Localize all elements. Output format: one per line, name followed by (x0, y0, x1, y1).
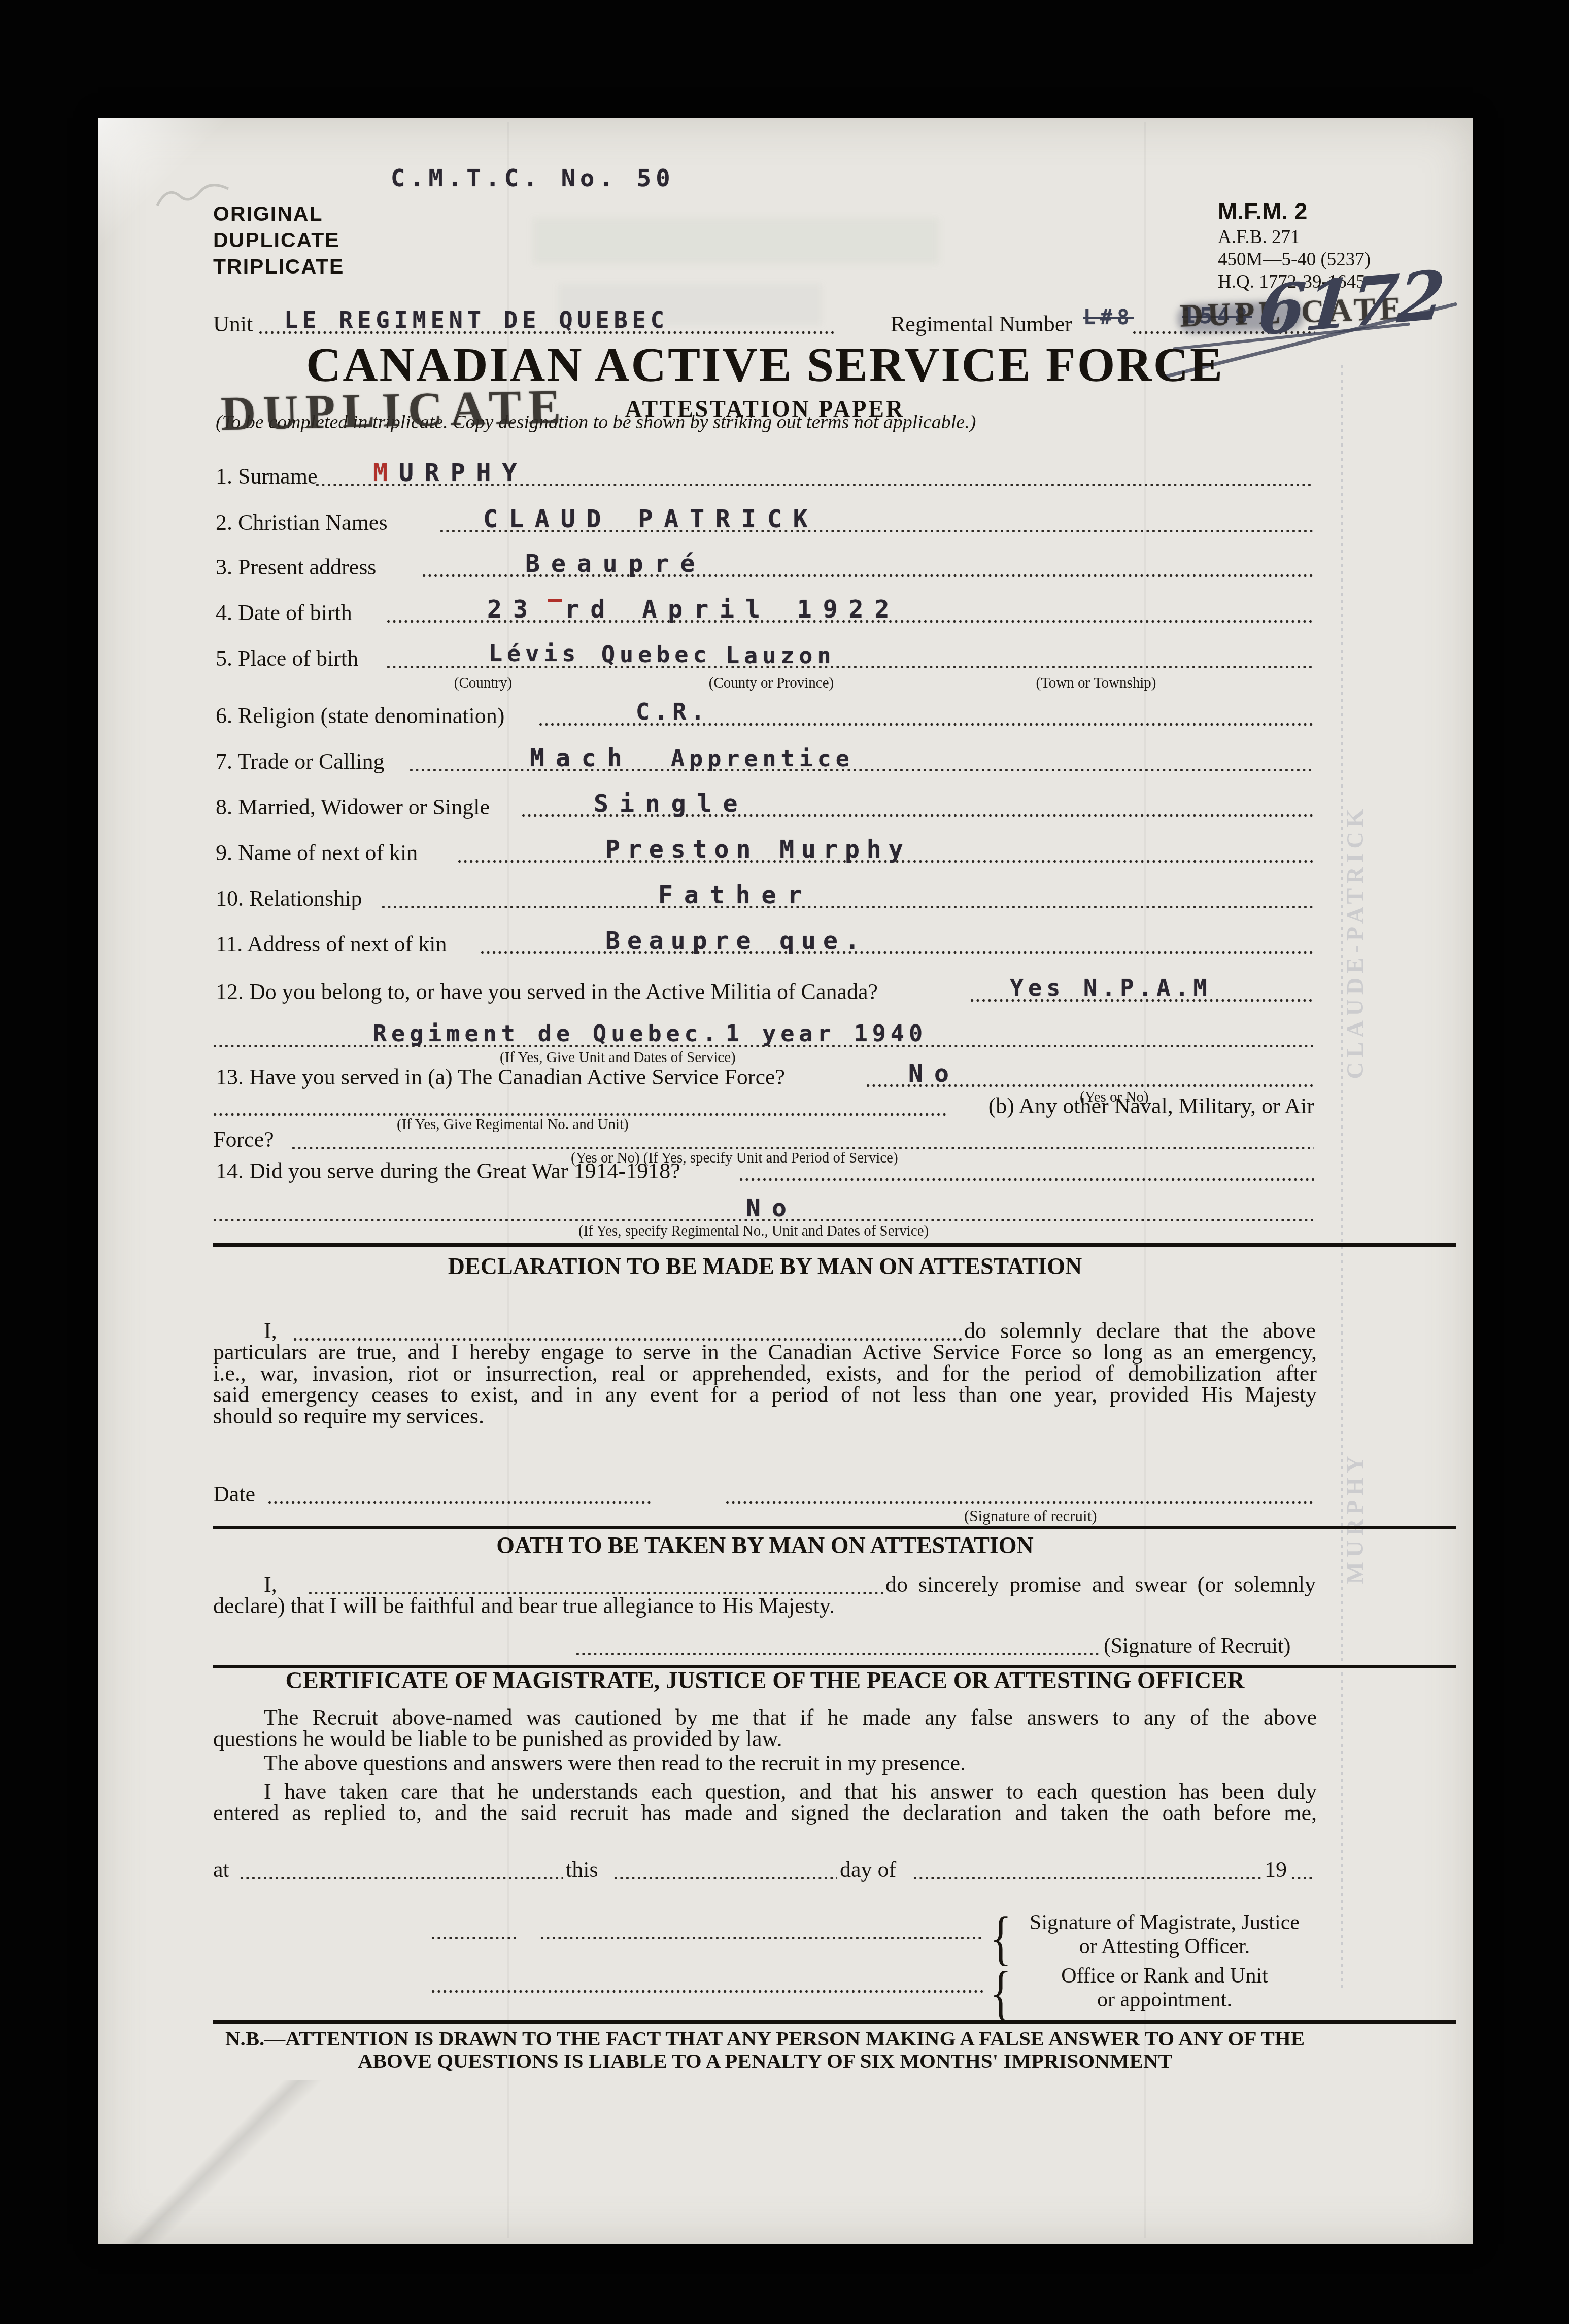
certificate-year-prefix: 19 (1265, 1858, 1287, 1882)
section-rule (213, 1243, 1456, 1247)
q12-label: 12. Do you belong to, or have you served… (216, 980, 878, 1004)
copy-original-label: ORIGINAL (213, 203, 323, 225)
oath-heading: OATH TO BE TAKEN BY MAN ON ATTESTATION (213, 1533, 1317, 1558)
q2-value: CLAUD PATRICK (483, 507, 819, 531)
certificate-this-label: this (566, 1858, 598, 1882)
certificate-p2: The above questions and answers were the… (264, 1752, 966, 1775)
declaration-date-label: Date (213, 1483, 255, 1507)
q5-value-country: Lévis (489, 642, 580, 665)
q1-value-initial: M (373, 459, 399, 487)
unit-label: Unit (213, 313, 253, 336)
declaration-date-dotted-line (268, 1501, 652, 1505)
footer-rule (213, 2020, 1456, 2024)
q6-value: C.R. (636, 700, 709, 723)
q14-caption: (If Yes, specify Regimental No., Unit an… (578, 1224, 929, 1239)
q8-label: 8. Married, Widower or Single (216, 796, 490, 819)
q14-value: No (746, 1196, 798, 1220)
q3-value: Beaupré (525, 552, 706, 576)
q5-label: 5. Place of birth (216, 647, 358, 671)
q2-label: 2. Christian Names (216, 511, 388, 535)
q10-value: Father (658, 883, 813, 907)
form-subtitle: ATTESTATION PAPER (213, 397, 1317, 422)
q7-value-2: Apprentice (671, 747, 854, 770)
oath-lead-tail: do sincerely promise and swear (or solem… (885, 1573, 1316, 1597)
q4-value: 23 rd April 1922 (487, 597, 900, 622)
oath-signature-dotted-line (576, 1652, 1101, 1656)
q12-value-yes: Yes (1010, 976, 1065, 999)
photo-background: CLAUDE-PATRICK MURPHY C.M.T.C. No. 50 OR… (0, 0, 1569, 2324)
q12-value-org: N.P.A.M (1083, 976, 1212, 999)
magistrate-caption-line1: Signature of Magistrate, Justice (1012, 1911, 1317, 1934)
q10-label: 10. Relationship (216, 887, 362, 911)
paper-bottom-crease (98, 2080, 336, 2244)
nb-warning-line1: N.B.—ATTENTION IS DRAWN TO THE FACT THAT… (213, 2028, 1317, 2049)
q5-caption-town: (Town or Township) (995, 676, 1198, 691)
office-rank-dotted-line (431, 1990, 984, 1993)
q11-label: 11. Address of next of kin (216, 933, 447, 956)
magistrate-signature-dotted-line-short (431, 1936, 518, 1940)
regimental-number-label: Regimental Number (891, 313, 1072, 336)
q13-caption-regimental: (If Yes, Give Regimental No. and Unit) (397, 1117, 629, 1132)
q12-caption: (If Yes, Give Unit and Dates of Service) (500, 1050, 736, 1065)
certificate-day-dotted-line (913, 1876, 1261, 1880)
certificate-heading: CERTIFICATE OF MAGISTRATE, JUSTICE OF TH… (213, 1668, 1317, 1694)
q7-value-1: Mach (530, 746, 633, 770)
q13-value: No (908, 1062, 960, 1086)
q13-dotted-line-3 (292, 1146, 1314, 1150)
q14-dotted-line (739, 1178, 1314, 1181)
bleedthrough-name-claude-patrick: CLAUDE-PATRICK (1342, 784, 1368, 1099)
q13-part-b: (b) Any other Naval, Military, or Air (959, 1095, 1314, 1118)
q5-value-town: Lauzon (726, 644, 836, 667)
q5-caption-province: (County or Province) (670, 676, 873, 691)
certificate-p3-line2: entered as replied to, and the said recr… (213, 1801, 1317, 1825)
declaration-signature-caption: (Signature of recruit) (964, 1508, 1097, 1524)
declaration-heading: DECLARATION TO BE MADE BY MAN ON ATTESTA… (213, 1254, 1317, 1279)
q3-label: 3. Present address (216, 556, 377, 579)
q11-value: Beaupre que. (605, 929, 867, 953)
certificate-at-dotted-line (240, 1876, 563, 1880)
q8-value: Single (594, 792, 748, 816)
q9-value: Preston Murphy (605, 837, 910, 862)
oath-body-line2: declare) that I will be faithful and bea… (213, 1594, 835, 1618)
q12-value-unit: Regiment de Quebec. (373, 1022, 721, 1045)
q9-label: 9. Name of next of kin (216, 841, 418, 865)
q1-value: MURPHY (373, 461, 528, 485)
q7-label: 7. Trade or Calling (216, 750, 384, 774)
q13-part-b-cont: Force? (213, 1128, 274, 1152)
office-rank-caption-line2: or appointment. (1012, 1989, 1317, 2011)
q13-label: 13. Have you served in (a) The Canadian … (216, 1066, 785, 1089)
regimental-number-handwritten: 6172 (1255, 255, 1448, 351)
copy-duplicate-label: DUPLICATE (213, 229, 340, 251)
form-number: C.M.T.C. No. 50 (391, 166, 674, 190)
q1-label: 1. Surname (216, 465, 317, 489)
q5-value-province: Quebec (601, 643, 711, 666)
bleedthrough-smudge (533, 218, 939, 264)
oath-signature-caption: (Signature of Recruit) (1104, 1635, 1291, 1658)
ref-afb: A.F.B. 271 (1218, 227, 1300, 247)
copy-triplicate-label: TRIPLICATE (213, 256, 344, 278)
bleedthrough-name-murphy: MURPHY (1342, 1437, 1368, 1599)
q1-value-rest: URPHY (399, 459, 528, 487)
form-title: CANADIAN ACTIVE SERVICE FORCE (213, 339, 1317, 391)
q12-value-period: 1 year 1940 (726, 1022, 927, 1045)
q5-caption-country: (Country) (407, 676, 559, 691)
office-rank-brace: { (990, 1959, 1011, 2028)
regimental-struck-prefix: L#8 (1083, 307, 1134, 328)
magistrate-signature-dotted-line (540, 1936, 984, 1940)
q13-dotted-line-2 (213, 1113, 949, 1116)
certificate-year-dotted-line (1291, 1876, 1314, 1880)
magistrate-caption-line2: or Attesting Officer. (1012, 1935, 1317, 1958)
certificate-at-label: at (213, 1858, 229, 1882)
office-rank-caption-line1: Office or Rank and Unit (1012, 1965, 1317, 1988)
certificate-day-label: day of (840, 1858, 896, 1882)
q14-label: 14. Did you serve during the Great War 1… (216, 1159, 680, 1183)
ref-mfm: M.F.M. 2 (1218, 199, 1307, 224)
declaration-signature-dotted-line (726, 1501, 1314, 1505)
declaration-body-line4: should so require my services. (213, 1405, 484, 1428)
q4-label: 4. Date of birth (216, 601, 352, 625)
section-rule (213, 1526, 1456, 1529)
unit-value: LE REGIMENT DE QUEBEC (284, 309, 669, 331)
q6-label: 6. Religion (state denomination) (216, 704, 504, 728)
certificate-p1-line2: questions he would be liable to be punis… (213, 1727, 782, 1751)
bleedthrough-dotted-line (1341, 365, 1343, 1989)
q10-dotted-line (382, 905, 1314, 909)
certificate-this-dotted-line (614, 1876, 837, 1880)
nb-warning-line2: ABOVE QUESTIONS IS LIABLE TO A PENALTY O… (213, 2050, 1317, 2072)
